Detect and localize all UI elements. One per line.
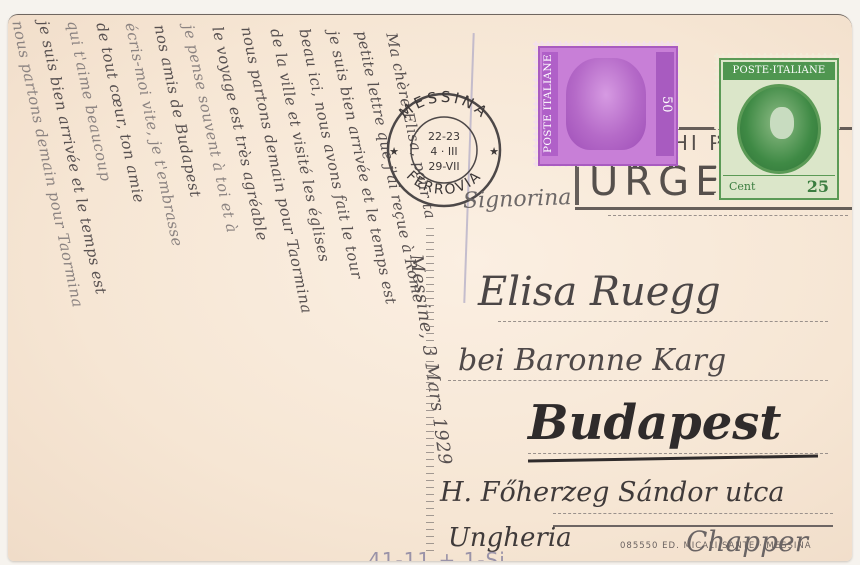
postmark-line-1: 22-23 — [428, 130, 460, 143]
pencil-note: 41-11 + 1-Si — [368, 548, 506, 561]
address-rule — [498, 321, 828, 322]
address-salutation: Signorina — [463, 185, 572, 214]
address-rule — [608, 215, 848, 216]
city-underline — [528, 454, 818, 462]
stamp-value: 25 — [807, 177, 829, 196]
address-rule — [448, 380, 828, 381]
stamp-issuer: POSTE·ITALIANE — [723, 62, 835, 80]
svg-text:★: ★ — [389, 145, 399, 158]
stamp-50-cent: POSTE ITALIANE 50 — [533, 41, 679, 167]
postcard: Ma chère Elisa, pour ta petite lettre qu… — [8, 14, 852, 561]
wavy-divider — [426, 225, 434, 555]
stamp-value: 50 — [656, 52, 674, 156]
address-care-of: bei Baronne Karg — [458, 343, 726, 378]
postmark-line-3: 29-VII — [428, 160, 459, 173]
stamp-issuer: POSTE ITALIANE — [542, 52, 558, 156]
recipient-name: Elisa Ruegg — [478, 269, 721, 315]
address-street: H. Főherzeg Sándor utca — [440, 477, 785, 508]
address-rule — [553, 513, 833, 514]
stamp-25-cent: POSTE·ITALIANE Cent 25 — [714, 53, 840, 201]
postmark-line-2: 4 · III — [430, 145, 457, 158]
svg-text:★: ★ — [489, 145, 499, 158]
stamp-unit: Cent — [729, 180, 755, 193]
address-city: Budapest — [528, 395, 781, 451]
stamp-portrait-icon — [737, 84, 821, 174]
address-rule — [528, 453, 828, 454]
stamp-portrait-icon — [566, 58, 646, 150]
publisher-imprint: 085550 ED. MICALI SANTE · MESSINA — [620, 541, 812, 551]
